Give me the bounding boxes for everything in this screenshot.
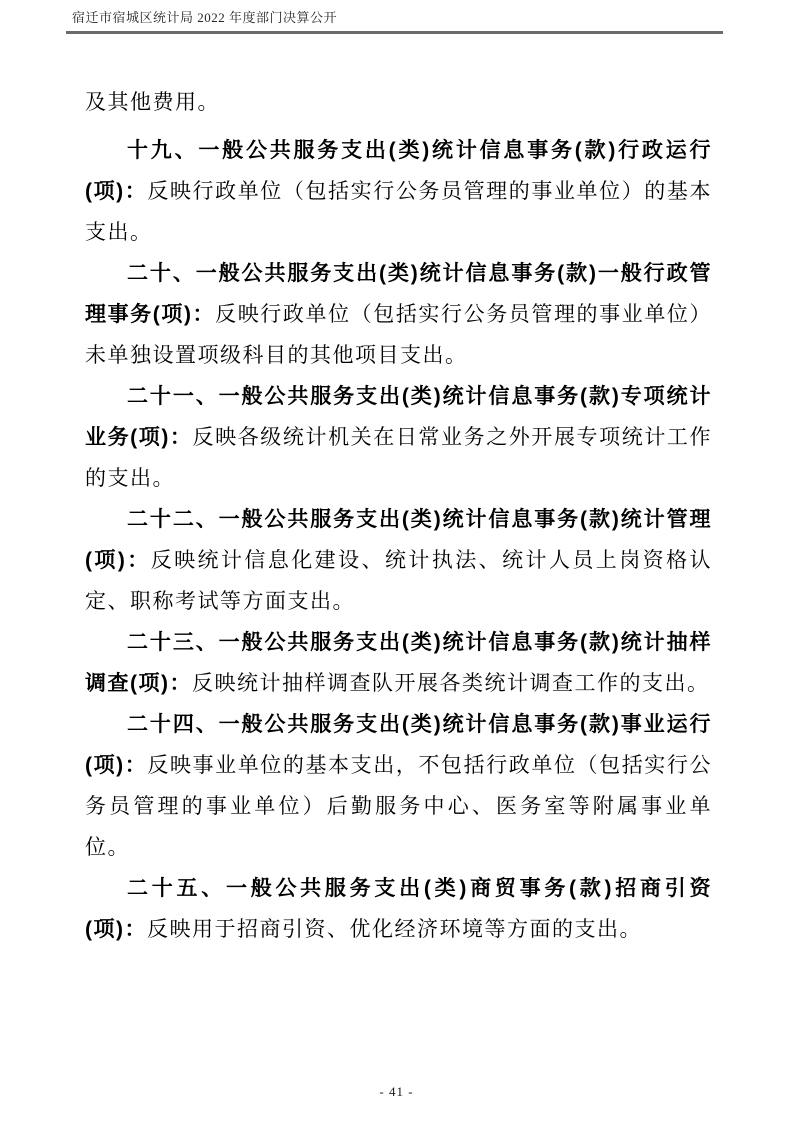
paragraph-clause-25: 二十五、一般公共服务支出(类)商贸事务(款)招商引资(项)：反映用于招商引资、优… <box>85 868 712 950</box>
document-body: 及其他费用。 十九、一般公共服务支出(类)统计信息事务(款)行政运行(项)：反映… <box>85 82 712 950</box>
paragraph-text: 反映统计抽样调查队开展各类统计调查工作的支出。 <box>192 671 710 695</box>
paragraph-text: 反映用于招商引资、优化经济环境等方面的支出。 <box>147 917 642 941</box>
paragraph-text: 及其他费用。 <box>85 90 220 114</box>
paragraph-clause-24: 二十四、一般公共服务支出(类)统计信息事务(款)事业运行(项)：反映事业单位的基… <box>85 704 712 868</box>
paragraph-clause-23: 二十三、一般公共服务支出(类)统计信息事务(款)统计抽样调查(项)：反映统计抽样… <box>85 622 712 704</box>
paragraph-continuation: 及其他费用。 <box>85 82 712 123</box>
paragraph-clause-20: 二十、一般公共服务支出(类)统计信息事务(款)一般行政管理事务(项)：反映行政单… <box>85 253 712 376</box>
document-page: 宿迁市宿城区统计局 2022 年度部门决算公开 及其他费用。 十九、一般公共服务… <box>0 0 793 1122</box>
page-number: - 41 - <box>379 1084 413 1099</box>
paragraph-text: 反映事业单位的基本支出，不包括行政单位（包括实行公务员管理的事业单位）后勤服务中… <box>85 753 712 859</box>
paragraph-text: 反映统计信息化建设、统计执法、统计人员上岗资格认定、职称考试等方面支出。 <box>85 548 712 613</box>
paragraph-clause-19: 十九、一般公共服务支出(类)统计信息事务(款)行政运行(项)：反映行政单位（包括… <box>85 130 712 253</box>
paragraph-clause-22: 二十二、一般公共服务支出(类)统计信息事务(款)统计管理(项)：反映统计信息化建… <box>85 499 712 622</box>
paragraph-text: 反映行政单位（包括实行公务员管理的事业单位）的基本支出。 <box>85 179 712 244</box>
paragraph-clause-21: 二十一、一般公共服务支出(类)统计信息事务(款)专项统计业务(项)：反映各级统计… <box>85 376 712 499</box>
page-footer: - 41 - <box>0 1084 793 1100</box>
header-title: 宿迁市宿城区统计局 2022 年度部门决算公开 <box>66 10 723 26</box>
page-header: 宿迁市宿城区统计局 2022 年度部门决算公开 <box>66 10 723 34</box>
